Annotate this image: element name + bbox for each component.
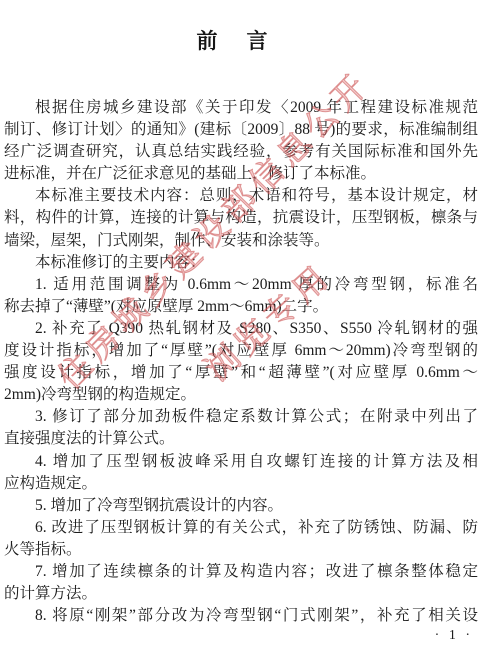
text-line: 2. 补充了 Q390 热轧钢材及 S280、S350、S550 冷轧钢材的强: [4, 318, 478, 340]
text-line: 火等指标。: [4, 539, 478, 561]
text-line: 进标准，并在广泛征求意见的基础上，修订了本标准。: [4, 163, 478, 185]
text-line: 6. 改进了压型钢板计算的有关公式，补充了防锈蚀、防漏、防: [4, 517, 478, 539]
text-line: 的计算方法。: [4, 583, 478, 605]
paragraph: 8. 将原“刚架”部分改为冷弯型钢“门式刚架”，补充了相关设: [4, 605, 478, 627]
text-line: 本标准修订的主要内容：: [4, 252, 478, 274]
text-line: 称去掉了“薄壁”(对应原壁厚 2mm～6mm)二字。: [4, 296, 478, 318]
paragraph: 3. 修订了部分加劲板件稳定系数计算公式；在附录中列出了直接强度法的计算公式。: [4, 406, 478, 450]
preface-body: 根据住房城乡建设部《关于印发〈2009 年工程建设标准规范制订、修订计划〉的通知…: [4, 97, 478, 627]
text-line: 应构造规定。: [4, 473, 478, 495]
paragraph: 本标准修订的主要内容：: [4, 252, 478, 274]
page-number: · 1 ·: [435, 628, 473, 644]
paragraph: 7. 增加了连续檩条的计算及构造内容；改进了檩条整体稳定的计算方法。: [4, 561, 478, 605]
text-line: 1. 适用范围调整为 0.6mm～20mm 厚的冷弯型钢，标准名: [4, 274, 478, 296]
paragraph: 5. 增加了冷弯型钢抗震设计的内容。: [4, 495, 478, 517]
paragraph: 4. 增加了压型钢板波峰采用自攻螺钉连接的计算方法及相应构造规定。: [4, 451, 478, 495]
text-line: 根据住房城乡建设部《关于印发〈2009 年工程建设标准规范: [4, 97, 478, 119]
text-line: 7. 增加了连续檩条的计算及构造内容；改进了檩条整体稳定: [4, 561, 478, 583]
text-line: 强度设计指标，增加了“厚壁”和“超薄壁”(对应壁厚 0.6mm～: [4, 362, 478, 384]
text-line: 经广泛调查研究，认真总结实践经验，参考有关国际标准和国外先: [4, 141, 478, 163]
text-line: 2mm)冷弯型钢的构造规定。: [4, 384, 478, 406]
paragraph: 6. 改进了压型钢板计算的有关公式，补充了防锈蚀、防漏、防火等指标。: [4, 517, 478, 561]
paragraph: 1. 适用范围调整为 0.6mm～20mm 厚的冷弯型钢，标准名称去掉了“薄壁”…: [4, 274, 478, 318]
paragraph: 根据住房城乡建设部《关于印发〈2009 年工程建设标准规范制订、修订计划〉的通知…: [4, 97, 478, 185]
document-page: 前 言 根据住房城乡建设部《关于印发〈2009 年工程建设标准规范制订、修订计划…: [0, 0, 486, 660]
text-line: 制订、修订计划〉的通知》(建标〔2009〕88 号)的要求，标准编制组: [4, 119, 478, 141]
text-line: 5. 增加了冷弯型钢抗震设计的内容。: [4, 495, 478, 517]
text-line: 3. 修订了部分加劲板件稳定系数计算公式；在附录中列出了: [4, 406, 478, 428]
text-line: 直接强度法的计算公式。: [4, 428, 478, 450]
text-line: 度设计指标，增加了“厚壁”(对应壁厚 6mm～20mm)冷弯型钢的: [4, 340, 478, 362]
text-line: 8. 将原“刚架”部分改为冷弯型钢“门式刚架”，补充了相关设: [4, 605, 478, 627]
text-line: 本标准主要技术内容：总则，术语和符号，基本设计规定，材: [4, 185, 478, 207]
text-line: 墙梁，屋架，门式刚架，制作、安装和涂装等。: [4, 230, 478, 252]
paragraph: 本标准主要技术内容：总则，术语和符号，基本设计规定，材料，构件的计算，连接的计算…: [4, 185, 478, 251]
paragraph: 2. 补充了 Q390 热轧钢材及 S280、S350、S550 冷轧钢材的强度…: [4, 318, 478, 406]
page-title: 前 言: [0, 25, 468, 55]
text-line: 4. 增加了压型钢板波峰采用自攻螺钉连接的计算方法及相: [4, 451, 478, 473]
text-line: 料，构件的计算，连接的计算与构造，抗震设计，压型钢板，檩条与: [4, 207, 478, 229]
